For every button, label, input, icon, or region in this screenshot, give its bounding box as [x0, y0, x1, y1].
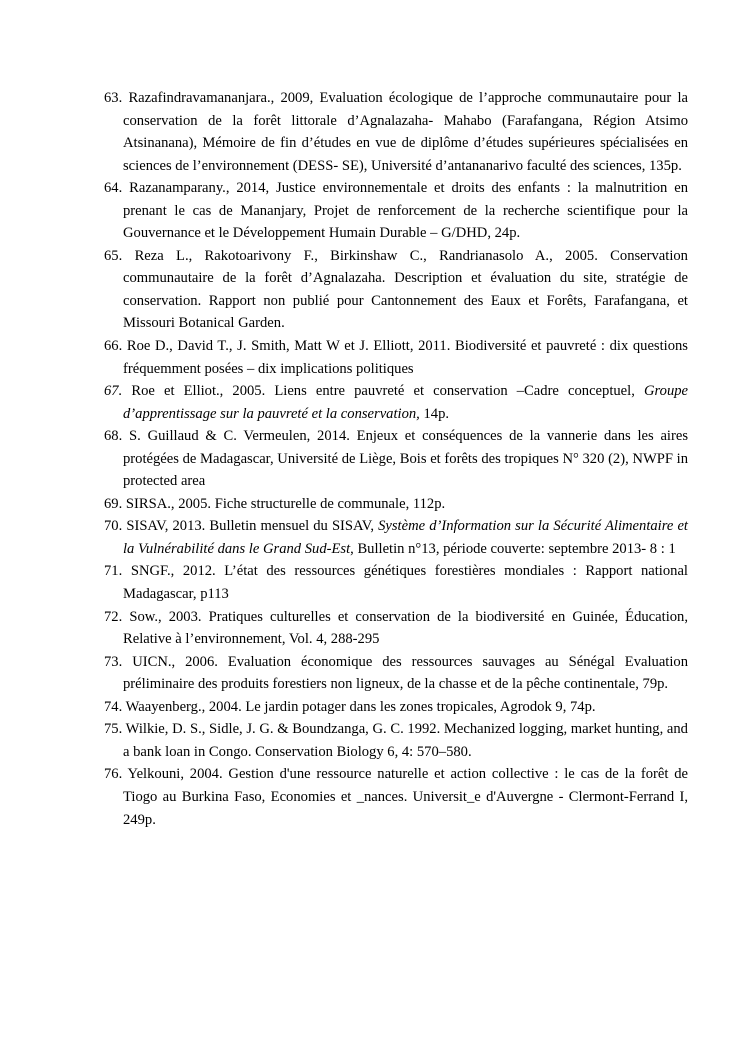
reference-item: 70. SISAV, 2013. Bulletin mensuel du SIS… — [104, 515, 688, 560]
reference-list: 63. Razafindravamananjara., 2009, Evalua… — [104, 87, 688, 831]
document-page: 63. Razafindravamananjara., 2009, Evalua… — [0, 0, 745, 1053]
reference-text-segment: Roe et Elliot., 2005. Liens entre pauvre… — [131, 383, 644, 399]
reference-number: 71. — [104, 563, 122, 579]
reference-number: 70. — [104, 518, 122, 534]
reference-number: 66. — [104, 338, 122, 354]
reference-number: 68. — [104, 428, 122, 444]
reference-number: 72. — [104, 609, 122, 625]
reference-text-segment: , Bulletin n°13, période couverte: septe… — [350, 541, 676, 557]
reference-number: 64. — [104, 180, 122, 196]
reference-number: 65. — [104, 248, 122, 264]
reference-item: 66. Roe D., David T., J. Smith, Matt W e… — [104, 335, 688, 380]
reference-number: 73. — [104, 654, 122, 670]
reference-text-segment: Waayenberg., 2004. Le jardin potager dan… — [126, 699, 596, 715]
reference-text-segment: Yelkouni, 2004. Gestion d'une ressource … — [123, 766, 688, 827]
reference-item: 73. UICN., 2006. Evaluation économique d… — [104, 651, 688, 696]
reference-item: 69. SIRSA., 2005. Fiche structurelle de … — [104, 493, 688, 516]
reference-number: 76. — [104, 766, 122, 782]
reference-text-segment: Wilkie, D. S., Sidle, J. G. & Boundzanga… — [123, 721, 688, 760]
reference-number: 75. — [104, 721, 122, 737]
reference-item: 71. SNGF., 2012. L’état des ressources g… — [104, 560, 688, 605]
reference-text-segment: Sow., 2003. Pratiques culturelles et con… — [123, 609, 688, 648]
reference-text-segment: Razafindravamananjara., 2009, Evaluation… — [123, 90, 688, 174]
reference-text-segment: SISAV, 2013. Bulletin mensuel du SISAV, — [126, 518, 378, 534]
reference-text-segment: Reza L., Rakotoarivony F., Birkinshaw C.… — [123, 248, 688, 332]
reference-text-segment: 14p. — [420, 406, 449, 422]
reference-item: 68. S. Guillaud & C. Vermeulen, 2014. En… — [104, 425, 688, 493]
reference-item: 65. Reza L., Rakotoarivony F., Birkinsha… — [104, 245, 688, 335]
reference-number: 67. — [104, 383, 122, 399]
reference-item: 75. Wilkie, D. S., Sidle, J. G. & Boundz… — [104, 718, 688, 763]
reference-text-segment: Roe D., David T., J. Smith, Matt W et J.… — [123, 338, 688, 377]
reference-item: 76. Yelkouni, 2004. Gestion d'une ressou… — [104, 763, 688, 831]
reference-item: 72. Sow., 2003. Pratiques culturelles et… — [104, 606, 688, 651]
reference-number: 74. — [104, 699, 122, 715]
reference-text-segment: Razanamparany., 2014, Justice environnem… — [123, 180, 688, 241]
reference-item: 64. Razanamparany., 2014, Justice enviro… — [104, 177, 688, 245]
reference-item: 63. Razafindravamananjara., 2009, Evalua… — [104, 87, 688, 177]
reference-text-segment: S. Guillaud & C. Vermeulen, 2014. Enjeux… — [123, 428, 688, 489]
reference-number: 63. — [104, 90, 122, 106]
reference-number: 69. — [104, 496, 122, 512]
reference-item: 74. Waayenberg., 2004. Le jardin potager… — [104, 696, 688, 719]
reference-text-segment: UICN., 2006. Evaluation économique des r… — [123, 654, 688, 693]
reference-text-segment: SIRSA., 2005. Fiche structurelle de comm… — [126, 496, 445, 512]
reference-item: 67. Roe et Elliot., 2005. Liens entre pa… — [104, 380, 688, 425]
reference-text-segment: SNGF., 2012. L’état des ressources génét… — [123, 563, 688, 602]
